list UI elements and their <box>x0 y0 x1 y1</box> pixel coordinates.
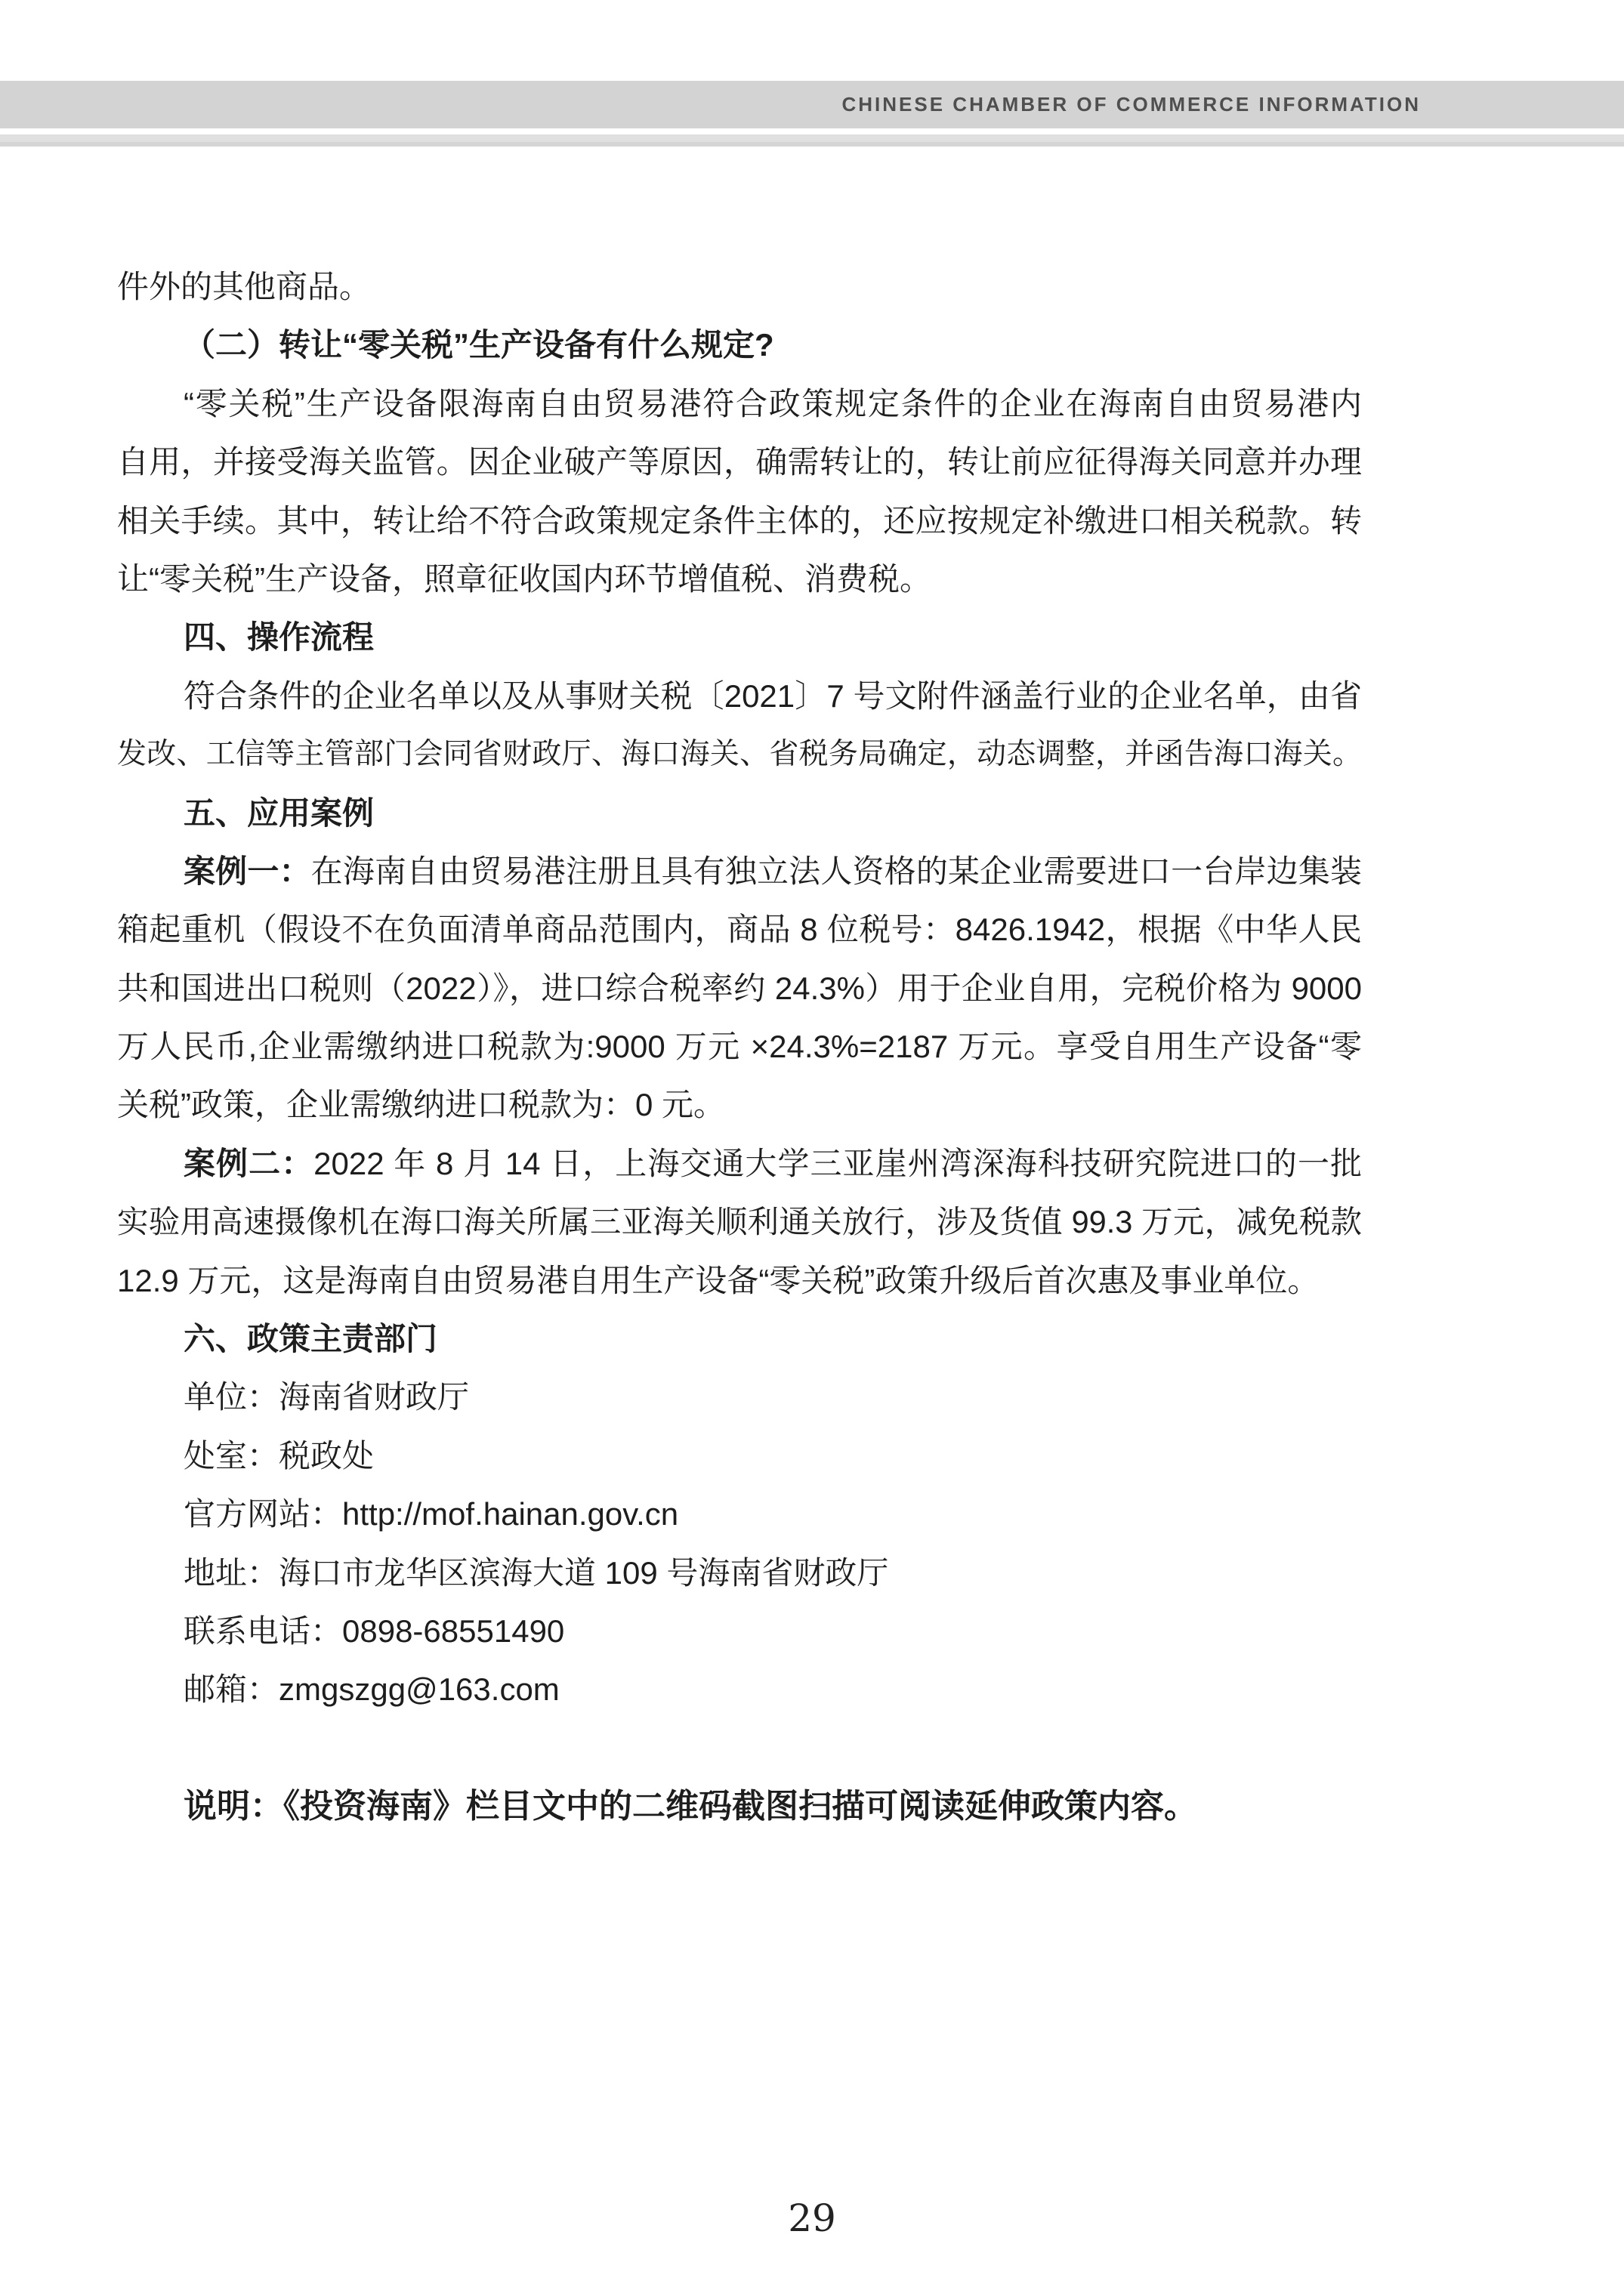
text-line: 官方网站：http://mof.hainan.gov.cn <box>117 1485 1362 1543</box>
header-divider-light <box>0 134 1624 142</box>
text-segment: 2022 年 8 月 14 日，上海交通大学三亚崖州湾深海科技研究院进口的一批 <box>313 1146 1362 1181</box>
text-line: 地址：海口市龙华区滨海大道 109 号海南省财政厅 <box>117 1544 1362 1602</box>
text-segment: 在海南自由贸易港注册且具有独立法人资格的某企业需要进口一台岸边集装 <box>311 853 1362 889</box>
header-band: CHINESE CHAMBER OF COMMERCE INFORMATION <box>0 81 1624 128</box>
text-line: 相关手续。其中，转让给不符合政策规定条件主体的，还应按规定补缴进口相关税款。转 <box>117 492 1362 550</box>
bold-text-segment: 案例二： <box>184 1146 313 1181</box>
text-line: 自用，并接受海关监管。因企业破产等原因，确需转让的，转让前应征得海关同意并办理 <box>117 433 1362 491</box>
text-segment: 处室：税政处 <box>184 1438 374 1474</box>
text-segment: 万人民币,企业需缴纳进口税款为:9000 万元 ×24.3%=2187 万元。享… <box>117 1029 1362 1064</box>
bold-text-segment: 四、操作流程 <box>184 619 374 655</box>
page-number: 29 <box>0 2196 1624 2240</box>
text-segment: 实验用高速摄像机在海口海关所属三亚海关顺利通关放行，涉及货值 99.3 万元，减… <box>117 1204 1362 1239</box>
text-segment: 自用，并接受海关监管。因企业破产等原因，确需转让的，转让前应征得海关同意并办理 <box>117 444 1362 480</box>
bold-text-segment: 说明：《投资海南》栏目文中的二维码截图扫描可阅读延伸政策内容。 <box>184 1788 1197 1825</box>
bold-text-segment: 案例一： <box>184 853 311 889</box>
text-segment: 联系电话：0898-68551490 <box>184 1613 564 1649</box>
text-segment: 单位：海南省财政厅 <box>184 1379 469 1415</box>
text-line: “零关税”生产设备限海南自由贸易港符合政策规定条件的企业在海南自由贸易港内 <box>117 375 1362 433</box>
text-segment: “零关税”生产设备限海南自由贸易港符合政策规定条件的企业在海南自由贸易港内 <box>184 386 1362 421</box>
text-segment: 邮箱：zmgszgg@163.com <box>184 1671 560 1707</box>
text-line: 箱起重机（假设不在负面清单商品范围内，商品 8 位税号：8426.1942，根据… <box>117 900 1362 958</box>
bold-text-segment: （二）转让“零关税”生产设备有什么规定? <box>184 327 774 363</box>
text-segment: 件外的其他商品。 <box>117 269 371 304</box>
bold-text-segment: 五、应用案例 <box>184 795 374 831</box>
text-line: 联系电话：0898-68551490 <box>117 1602 1362 1660</box>
text-segment: 12.9 万元，这是海南自由贸易港自用生产设备“零关税”政策升级后首次惠及事业单… <box>117 1263 1319 1298</box>
header-banner-text: CHINESE CHAMBER OF COMMERCE INFORMATION <box>841 81 1421 128</box>
text-line: 案例一：在海南自由贸易港注册且具有独立法人资格的某企业需要进口一台岸边集装 <box>117 842 1362 900</box>
text-segment: 让“零关税”生产设备，照章征收国内环节增值税、消费税。 <box>117 561 931 597</box>
document-page: CHINESE CHAMBER OF COMMERCE INFORMATION … <box>0 0 1624 2293</box>
text-line: 说明：《投资海南》栏目文中的二维码截图扫描可阅读延伸政策内容。 <box>117 1777 1362 1835</box>
text-segment: 共和国进出口税则（2022）》，进口综合税率约 24.3%）用于企业自用，完税价… <box>117 971 1362 1006</box>
text-segment: 发改、工信等主管部门会同省财政厅、海口海关、省税务局确定，动态调整，并函告海口海… <box>117 738 1362 770</box>
text-line: 四、操作流程 <box>117 608 1362 666</box>
text-line: 单位：海南省财政厅 <box>117 1368 1362 1426</box>
text-line: 案例二：2022 年 8 月 14 日，上海交通大学三亚崖州湾深海科技研究院进口… <box>117 1134 1362 1193</box>
text-segment: 地址：海口市龙华区滨海大道 109 号海南省财政厅 <box>184 1555 888 1591</box>
text-line: 让“零关税”生产设备，照章征收国内环节增值税、消费税。 <box>117 550 1362 608</box>
text-line: 万人民币,企业需缴纳进口税款为:9000 万元 ×24.3%=2187 万元。享… <box>117 1017 1362 1076</box>
text-line: 邮箱：zmgszgg@163.com <box>117 1660 1362 1718</box>
text-line: 五、应用案例 <box>117 784 1362 842</box>
blank-line <box>117 1719 1362 1777</box>
text-segment: 箱起重机（假设不在负面清单商品范围内，商品 8 位税号：8426.1942，根据… <box>117 912 1362 947</box>
text-line: 发改、工信等主管部门会同省财政厅、海口海关、省税务局确定，动态调整，并函告海口海… <box>117 725 1362 783</box>
text-segment: 符合条件的企业名单以及从事财关税〔2021〕7 号文附件涵盖行业的企业名单，由省 <box>184 678 1362 714</box>
text-line: 共和国进出口税则（2022）》，进口综合税率约 24.3%）用于企业自用，完税价… <box>117 959 1362 1017</box>
text-line: 符合条件的企业名单以及从事财关税〔2021〕7 号文附件涵盖行业的企业名单，由省 <box>117 667 1362 725</box>
text-segment: 相关手续。其中，转让给不符合政策规定条件主体的，还应按规定补缴进口相关税款。转 <box>117 503 1362 539</box>
text-segment: 官方网站：http://mof.hainan.gov.cn <box>184 1496 678 1532</box>
bold-text-segment: 六、政策主责部门 <box>184 1321 437 1356</box>
text-line: 六、政策主责部门 <box>117 1310 1362 1368</box>
text-line: （二）转让“零关税”生产设备有什么规定? <box>117 316 1362 374</box>
text-line: 处室：税政处 <box>117 1427 1362 1485</box>
text-segment: 关税”政策，企业需缴纳进口税款为：0 元。 <box>117 1087 725 1122</box>
text-line: 12.9 万元，这是海南自由贸易港自用生产设备“零关税”政策升级后首次惠及事业单… <box>117 1251 1362 1310</box>
text-line: 实验用高速摄像机在海口海关所属三亚海关顺利通关放行，涉及货值 99.3 万元，减… <box>117 1193 1362 1251</box>
document-body: 件外的其他商品。（二）转让“零关税”生产设备有什么规定?“零关税”生产设备限海南… <box>117 258 1362 1836</box>
text-line: 关税”政策，企业需缴纳进口税款为：0 元。 <box>117 1076 1362 1134</box>
text-line: 件外的其他商品。 <box>117 258 1362 316</box>
header-divider-dark <box>0 142 1624 147</box>
